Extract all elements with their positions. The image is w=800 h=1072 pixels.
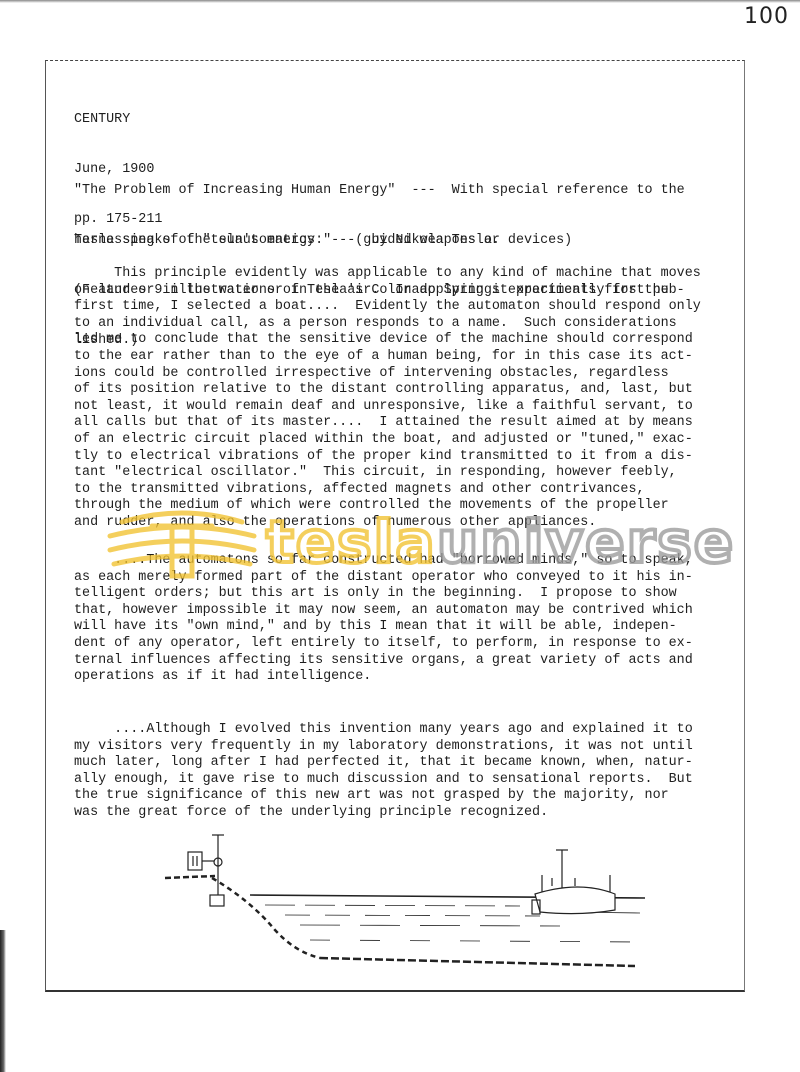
paragraph-line: to the ear rather than to the eye of a h… bbox=[74, 349, 734, 366]
paragraph-line: first time, I selected a boat.... Eviden… bbox=[74, 299, 734, 316]
page-number: 100 bbox=[744, 4, 789, 29]
paragraph-line: dent of any operator, left entirely to i… bbox=[74, 636, 734, 653]
paragraph-line: that, however impossible it may now seem… bbox=[74, 603, 734, 620]
paragraph-line: ions could be controlled irrespective of… bbox=[74, 366, 734, 383]
paragraph-1: This principle evidently was applicable … bbox=[74, 266, 734, 532]
paragraph-line: my visitors very frequently in my labora… bbox=[74, 739, 734, 756]
paragraph-line: ....Although I evolved this invention ma… bbox=[74, 722, 734, 739]
paragraph-line: much later, long after I had perfected i… bbox=[74, 755, 734, 772]
paragraph-line: through the medium of which were control… bbox=[74, 498, 734, 515]
paragraph-line: to an individual call, as a person respo… bbox=[74, 316, 734, 333]
paragraph-line: operations as if it had intelligence. bbox=[74, 669, 734, 686]
scan-edge-left bbox=[0, 930, 6, 1072]
paragraph-line: on land or in the water or in the air. I… bbox=[74, 283, 734, 300]
telautomaton-boat-diagram-icon bbox=[140, 820, 700, 985]
paragraph-line: ternal influences affecting its sensitiv… bbox=[74, 653, 734, 670]
paragraph-line: all calls but that of its master.... I a… bbox=[74, 415, 734, 432]
paragraph-line: the true significance of this new art wa… bbox=[74, 788, 734, 805]
paragraph-line: tant "electrical oscillator." This circu… bbox=[74, 465, 734, 482]
paragraph-line: to the transmitted vibrations, affected … bbox=[74, 482, 734, 499]
paragraph-line: tly to electrical vibrations of the prop… bbox=[74, 449, 734, 466]
paragraph-line: not least, it would remain deaf and unre… bbox=[74, 399, 734, 416]
paragraph-line: This principle evidently was applicable … bbox=[74, 266, 734, 283]
paragraph-line: and rudder, and also the operations of n… bbox=[74, 515, 734, 532]
title-line: "The Problem of Increasing Human Energy"… bbox=[74, 183, 734, 200]
paragraph-line: as each merely formed part of the distan… bbox=[74, 570, 734, 587]
paragraph-line: of an electric circuit placed within the… bbox=[74, 432, 734, 449]
paragraph-line: ally enough, it gave rise to much discus… bbox=[74, 772, 734, 789]
publication-name: CENTURY bbox=[74, 112, 734, 129]
paragraph-2: ....The automatons so far constructed ha… bbox=[74, 553, 734, 686]
paragraph-line: telligent orders; but this art is only i… bbox=[74, 586, 734, 603]
paragraph-line: of its position relative to the distant … bbox=[74, 382, 734, 399]
telautomatics-heading: Tesla speaks of "telautomatics:" (guided… bbox=[74, 233, 734, 250]
paragraph-line: ....The automatons so far constructed ha… bbox=[74, 553, 734, 570]
paragraph-line: will have its "own mind," and by this I … bbox=[74, 619, 734, 636]
scan-edge-top bbox=[0, 0, 800, 3]
paragraph-3: ....Although I evolved this invention ma… bbox=[74, 722, 734, 822]
paragraph-line: led me to conclude that the sensitive de… bbox=[74, 332, 734, 349]
